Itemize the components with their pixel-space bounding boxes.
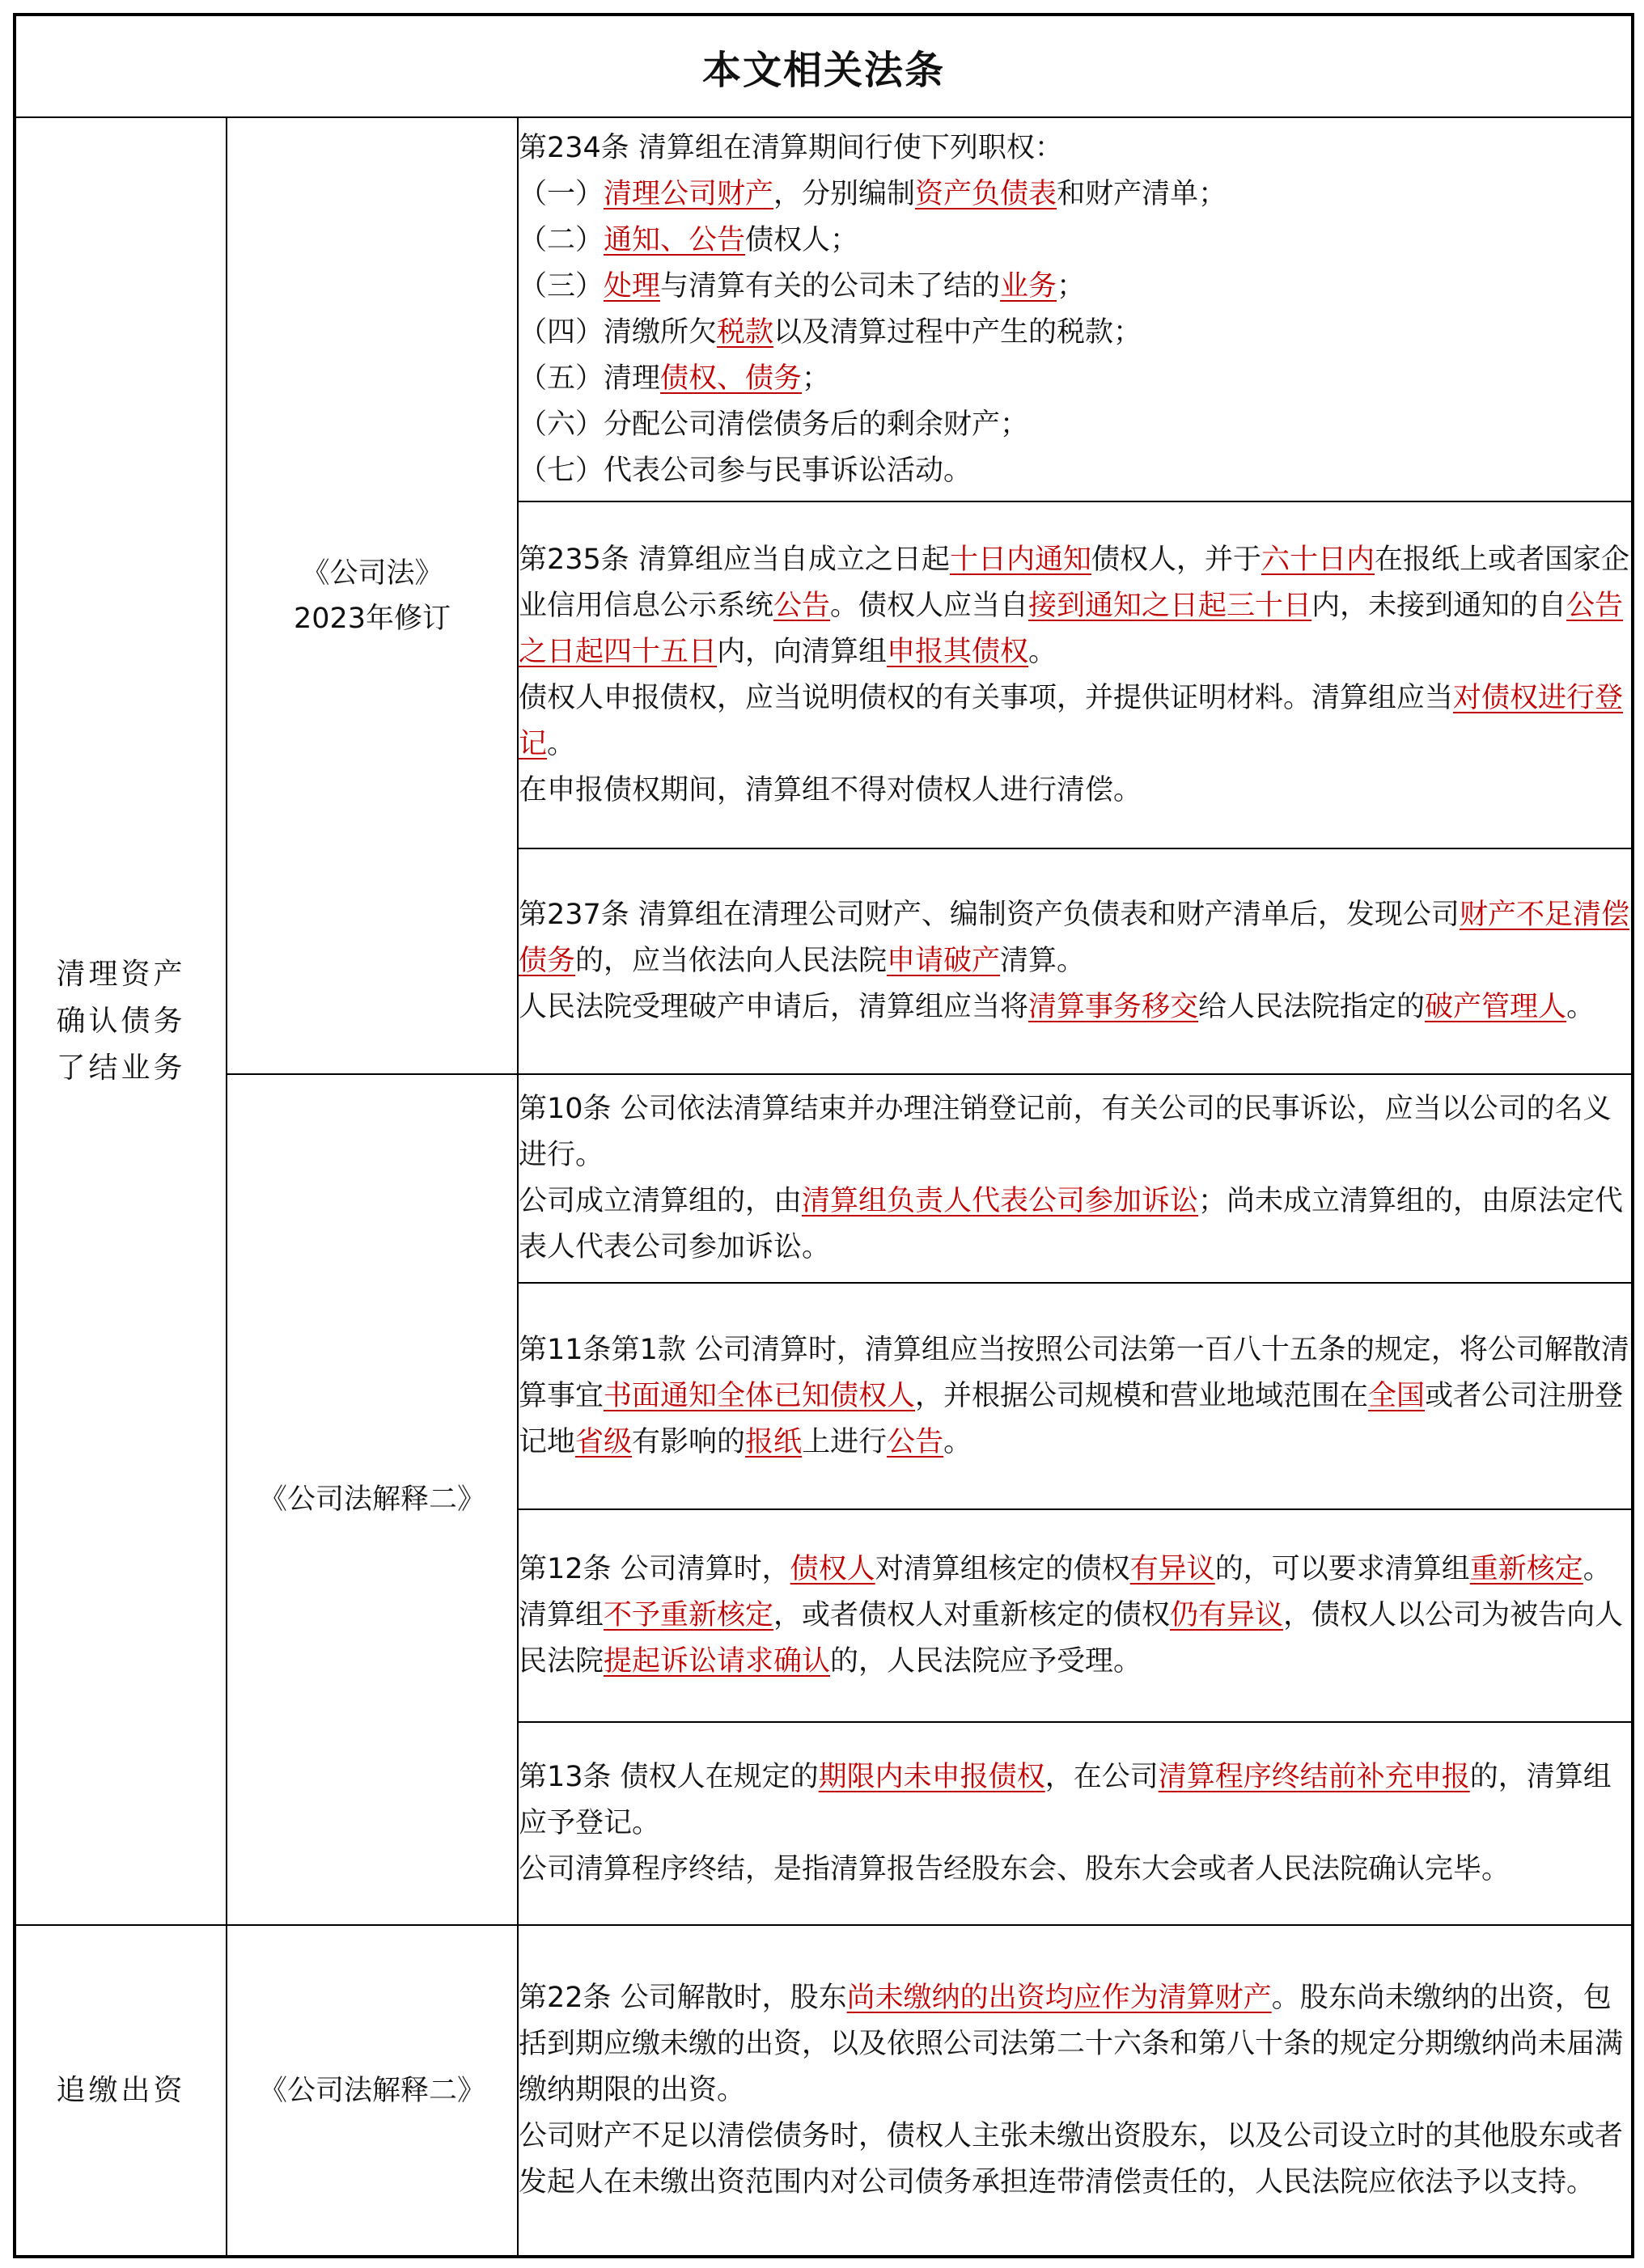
article-text: （二） — [519, 224, 604, 256]
article-paragraph: 第235条 清算组应当自成立之日起十日内通知债权人，并于六十日内在报纸上或者国家… — [519, 537, 1631, 675]
article-text: ，或者债权人对重新核定的债权 — [773, 1599, 1170, 1631]
article-text: 对清算组核定的债权 — [875, 1553, 1130, 1585]
highlighted-term: 公告 — [773, 590, 830, 622]
highlighted-term: 清算程序终结前补充申报 — [1159, 1761, 1470, 1793]
article-paragraph: （六）分配公司清偿债务后的剩余财产； — [519, 402, 1631, 448]
article-paragraph: 第12条 公司清算时，债权人对清算组核定的债权有异议的，可以要求清算组重新核定。… — [519, 1547, 1631, 1685]
article-row: 清理资产 确认债务 了结业务 《公司法》 2023年修订 第234条 清算组在清… — [15, 117, 1633, 501]
topic-cell: 追缴出资 — [15, 1925, 227, 2257]
article-text: 上进行 — [802, 1426, 887, 1458]
article-text: 和财产清单； — [1057, 178, 1227, 210]
article-paragraph: 第234条 清算组在清算期间行使下列职权： — [519, 125, 1631, 171]
highlighted-term: 债权、债务 — [660, 362, 802, 395]
highlighted-term: 全国 — [1368, 1380, 1425, 1412]
topic-cell: 清理资产 确认债务 了结业务 — [15, 117, 227, 1925]
article-cell: 第235条 清算组应当自成立之日起十日内通知债权人，并于六十日内在报纸上或者国家… — [518, 501, 1633, 848]
article-text: ； — [1057, 270, 1085, 303]
article-cell: 第11条第1款 公司清算时，清算组应当按照公司法第一百八十五条的规定，将公司解散… — [518, 1283, 1633, 1509]
article-text: 债权人； — [745, 224, 858, 256]
article-text: 第237条 清算组在清理公司财产、编制资产负债表和财产清单后，发现公司 — [519, 899, 1460, 931]
article-cell: 第10条 公司依法清算结束并办理注销登记前，有关公司的民事诉讼，应当以公司的名义… — [518, 1074, 1633, 1283]
article-paragraph: （四）清缴所欠税款以及清算过程中产生的税款； — [519, 310, 1631, 356]
article-text: 的，应当依法向人民法院 — [575, 945, 887, 977]
highlighted-term: 尚未缴纳的出资均应作为清算财产 — [847, 1982, 1272, 2014]
article-paragraph: （一）清理公司财产，分别编制资产负债表和财产清单； — [519, 171, 1631, 218]
article-cell: 第237条 清算组在清理公司财产、编制资产负债表和财产清单后，发现公司财产不足清… — [518, 848, 1633, 1074]
article-text: ，分别编制 — [773, 178, 915, 210]
article-row: 追缴出资 《公司法解释二》 第22条 公司解散时，股东尚未缴纳的出资均应作为清算… — [15, 1925, 1633, 2257]
article-text: 第234条 清算组在清算期间行使下列职权： — [519, 132, 1063, 164]
highlighted-term: 省级 — [575, 1426, 632, 1458]
source-cell: 《公司法解释二》 — [227, 1074, 518, 1925]
table-body: 清理资产 确认债务 了结业务 《公司法》 2023年修订 第234条 清算组在清… — [15, 117, 1633, 2257]
article-text: 公司成立清算组的，由 — [519, 1185, 802, 1217]
highlighted-term: 申报其债权 — [887, 636, 1028, 668]
highlighted-term: 接到通知之日起三十日 — [1028, 590, 1311, 622]
topic-line: 追缴出资 — [16, 2067, 226, 2114]
article-cell: 第13条 债权人在规定的期限内未申报债权，在公司清算程序终结前补充申报的，清算组… — [518, 1722, 1633, 1925]
article-text: 公司清算程序终结，是指清算报告经股东会、股东大会或者人民法院确认完毕。 — [519, 1853, 1510, 1885]
article-text: 有影响的 — [632, 1426, 745, 1458]
highlighted-term: 书面通知全体已知债权人 — [604, 1380, 915, 1412]
article-text: 公司财产不足以清偿债务时，债权人主张未缴出资股东，以及公司设立时的其他股东或者发… — [519, 2120, 1623, 2198]
source-line: 《公司法》 — [227, 551, 517, 596]
article-paragraph: 在申报债权期间，清算组不得对债权人进行清偿。 — [519, 768, 1631, 814]
article-paragraph: 债权人申报债权，应当说明债权的有关事项，并提供证明材料。清算组应当对债权进行登记… — [519, 675, 1631, 768]
article-text: 第10条 公司依法清算结束并办理注销登记前，有关公司的民事诉讼，应当以公司的名义… — [519, 1093, 1612, 1171]
table-title: 本文相关法条 — [15, 15, 1633, 117]
article-text: 的，人民法院应予受理。 — [830, 1645, 1142, 1678]
topic-line: 确认债务 — [16, 998, 226, 1045]
source-line: 《公司法解释二》 — [227, 2068, 517, 2114]
article-text: 给人民法院指定的 — [1198, 991, 1425, 1023]
highlighted-term: 通知、公告 — [604, 224, 745, 256]
article-paragraph: 人民法院受理破产申请后，清算组应当将清算事务移交给人民法院指定的破产管理人。 — [519, 984, 1631, 1030]
article-text: 与清算有关的公司未了结的 — [660, 270, 1000, 303]
article-text: 的，可以要求清算组 — [1215, 1553, 1470, 1585]
article-paragraph: 公司财产不足以清偿债务时，债权人主张未缴出资股东，以及公司设立时的其他股东或者发… — [519, 2114, 1631, 2206]
topic-line: 了结业务 — [16, 1045, 226, 1092]
article-text: 第235条 清算组应当自成立之日起 — [519, 544, 950, 576]
title-row: 本文相关法条 — [15, 15, 1633, 117]
highlighted-term: 清算事务移交 — [1028, 991, 1198, 1023]
highlighted-term: 债权人 — [790, 1553, 875, 1585]
article-cell: 第234条 清算组在清算期间行使下列职权：（一）清理公司财产，分别编制资产负债表… — [518, 117, 1633, 501]
article-text: （四）清缴所欠 — [519, 316, 717, 349]
article-paragraph: 第237条 清算组在清理公司财产、编制资产负债表和财产清单后，发现公司财产不足清… — [519, 892, 1631, 984]
article-paragraph: 第13条 债权人在规定的期限内未申报债权，在公司清算程序终结前补充申报的，清算组… — [519, 1754, 1631, 1847]
source-line: 《公司法解释二》 — [227, 1477, 517, 1522]
highlighted-term: 仍有异议 — [1170, 1599, 1283, 1631]
highlighted-term: 处理 — [604, 270, 660, 303]
highlighted-term: 资产负债表 — [915, 178, 1057, 210]
article-text: 第22条 公司解散时，股东 — [519, 1982, 847, 2014]
article-text: 人民法院受理破产申请后，清算组应当将 — [519, 991, 1028, 1023]
highlighted-term: 提起诉讼请求确认 — [604, 1645, 830, 1678]
article-paragraph: 公司清算程序终结，是指清算报告经股东会、股东大会或者人民法院确认完毕。 — [519, 1847, 1631, 1893]
article-paragraph: （二）通知、公告债权人； — [519, 218, 1631, 264]
highlighted-term: 报纸 — [745, 1426, 802, 1458]
article-text: 第12条 公司清算时， — [519, 1553, 790, 1585]
article-text: 债权人，并于 — [1091, 544, 1261, 576]
article-text: 。 — [943, 1426, 972, 1458]
highlighted-term: 业务 — [1000, 270, 1057, 303]
highlighted-term: 十日内通知 — [950, 544, 1091, 576]
law-table: 本文相关法条 清理资产 确认债务 了结业务 《公司法》 2023年修订 第234… — [13, 13, 1634, 2258]
highlighted-term: 清理公司财产 — [604, 178, 773, 210]
highlighted-term: 有异议 — [1130, 1553, 1215, 1585]
article-text: （六）分配公司清偿债务后的剩余财产； — [519, 408, 1028, 441]
source-cell: 《公司法》 2023年修订 — [227, 117, 518, 1074]
article-text: ，并根据公司规模和营业地域范围在 — [915, 1380, 1368, 1412]
source-line: 2023年修订 — [227, 596, 517, 641]
article-text: 内，向清算组 — [717, 636, 887, 668]
article-text: （三） — [519, 270, 604, 303]
article-text: ，在公司 — [1045, 1761, 1159, 1793]
article-text: （五）清理 — [519, 362, 660, 395]
article-text: 内，未接到通知的自 — [1311, 590, 1566, 622]
article-paragraph: 第11条第1款 公司清算时，清算组应当按照公司法第一百八十五条的规定，将公司解散… — [519, 1327, 1631, 1466]
article-cell: 第12条 公司清算时，债权人对清算组核定的债权有异议的，可以要求清算组重新核定。… — [518, 1509, 1633, 1722]
article-text: 在申报债权期间，清算组不得对债权人进行清偿。 — [519, 774, 1142, 806]
topic-line: 清理资产 — [16, 951, 226, 998]
article-paragraph: 第10条 公司依法清算结束并办理注销登记前，有关公司的民事诉讼，应当以公司的名义… — [519, 1086, 1631, 1178]
article-text: 。债权人应当自 — [830, 590, 1028, 622]
article-text: 。 — [1028, 636, 1057, 668]
article-text: ； — [802, 362, 830, 395]
article-text: 。 — [547, 728, 575, 760]
source-cell: 《公司法解释二》 — [227, 1925, 518, 2257]
article-row: 《公司法解释二》 第10条 公司依法清算结束并办理注销登记前，有关公司的民事诉讼… — [15, 1074, 1633, 1283]
article-cell: 第22条 公司解散时，股东尚未缴纳的出资均应作为清算财产。股东尚未缴纳的出资，包… — [518, 1925, 1633, 2257]
highlighted-term: 六十日内 — [1261, 544, 1375, 576]
article-text: 清算。 — [1000, 945, 1085, 977]
article-text: 第13条 债权人在规定的 — [519, 1761, 819, 1793]
highlighted-term: 税款 — [717, 316, 773, 349]
article-text: 以及清算过程中产生的税款； — [773, 316, 1142, 349]
article-text: （七）代表公司参与民事诉讼活动。 — [519, 455, 972, 487]
article-paragraph: （七）代表公司参与民事诉讼活动。 — [519, 448, 1631, 494]
highlighted-term: 清算组负责人代表公司参加诉讼 — [802, 1185, 1198, 1217]
highlighted-term: 不予重新核定 — [604, 1599, 773, 1631]
article-text: 债权人申报债权，应当说明债权的有关事项，并提供证明材料。清算组应当 — [519, 682, 1453, 714]
article-paragraph: 第22条 公司解散时，股东尚未缴纳的出资均应作为清算财产。股东尚未缴纳的出资，包… — [519, 1975, 1631, 2114]
article-text: （一） — [519, 178, 604, 210]
highlighted-term: 公告 — [887, 1426, 943, 1458]
highlighted-term: 申请破产 — [887, 945, 1000, 977]
article-paragraph: （五）清理债权、债务； — [519, 356, 1631, 402]
highlighted-term: 重新核定 — [1470, 1553, 1583, 1585]
highlighted-term: 期限内未申报债权 — [819, 1761, 1045, 1793]
article-paragraph: 公司成立清算组的，由清算组负责人代表公司参加诉讼；尚未成立清算组的，由原法定代表… — [519, 1178, 1631, 1271]
article-paragraph: （三）处理与清算有关的公司未了结的业务； — [519, 264, 1631, 310]
article-text: 。 — [1566, 991, 1595, 1023]
highlighted-term: 破产管理人 — [1425, 991, 1566, 1023]
